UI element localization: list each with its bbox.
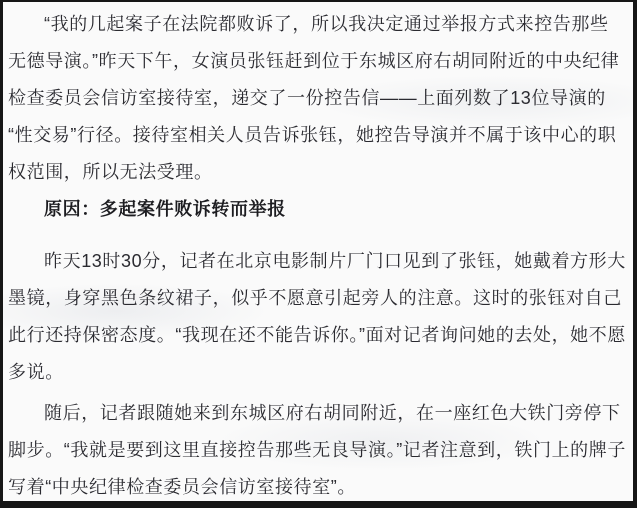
article-paragraph-1: “我的几起案子在法院都败诉了，所以我决定通过举报方式来控告那些无德导演。”昨天下… (8, 6, 627, 191)
article-paragraph-2: 昨天13时30分，记者在北京电影制片厂门口见到了张钰，她戴着方形大墨镜，身穿黑色… (8, 243, 627, 391)
article-page-frame: “我的几起案子在法院都败诉了，所以我决定通过举报方式来控告那些无德导演。”昨天下… (0, 0, 637, 508)
article-paragraph-3: 随后，记者跟随她来到东城区府右胡同附近，在一座红色大铁门旁停下脚步。“我就是要到… (8, 395, 627, 501)
article-body: “我的几起案子在法院都败诉了，所以我决定通过举报方式来控告那些无德导演。”昨天下… (3, 2, 633, 501)
section-heading: 原因：多起案件败诉转而举报 (8, 191, 627, 228)
